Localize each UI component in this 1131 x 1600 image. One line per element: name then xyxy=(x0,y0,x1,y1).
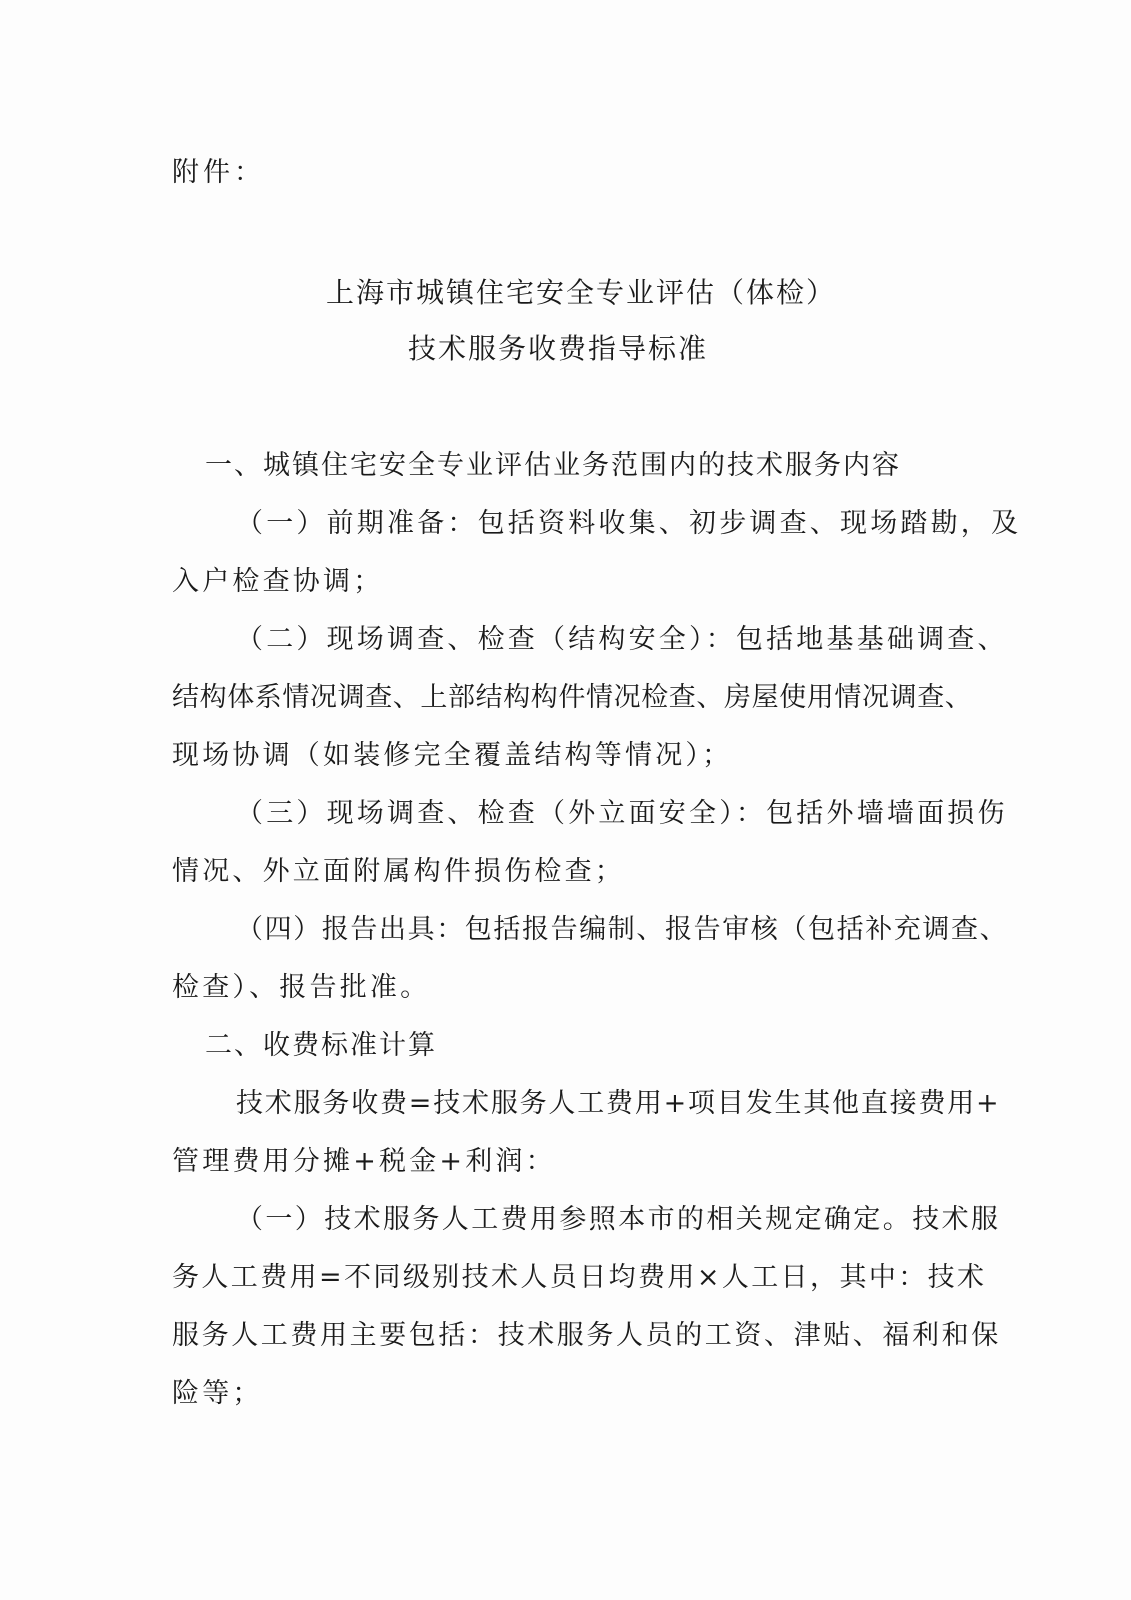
section1-line: （二）现场调查、检查（结构安全）：包括地基基础调查、 xyxy=(236,623,1008,657)
document-title-line1: 上海市城镇住宅安全专业评估（体检） xyxy=(326,276,836,310)
attachment-label: 附件： xyxy=(172,156,265,190)
section1-line: 结构体系情况调查、上部结构构件情况检查、房屋使用情况调查、 xyxy=(172,681,972,715)
section2-line: （一）技术服务人工费用参照本市的相关规定确定。技术服 xyxy=(236,1203,1000,1237)
document-title-line2: 技术服务收费指导标准 xyxy=(408,332,708,366)
section1-line: 现场协调（如装修完全覆盖结构等情况）； xyxy=(172,739,732,773)
section2-line: 务人工费用=不同级别技术人员日均费用×人工日，其中：技术 xyxy=(172,1261,986,1295)
section2-heading: 二、收费标准计算 xyxy=(205,1029,437,1063)
document-page: 附件： 上海市城镇住宅安全专业评估（体检） 技术服务收费指导标准 一、城镇住宅安… xyxy=(0,0,1131,1600)
section1-line: 入户检查协调； xyxy=(172,565,383,599)
section2-line: 管理费用分摊+税金+利润： xyxy=(172,1145,556,1179)
section1-heading: 一、城镇住宅安全专业评估业务范围内的技术服务内容 xyxy=(205,449,901,483)
section2-line: 技术服务收费=技术服务人工费用+项目发生其他直接费用+ xyxy=(236,1087,1000,1121)
section2-line: 险等； xyxy=(172,1377,263,1411)
section1-line: 检查）、报告批准。 xyxy=(172,971,430,1005)
section1-line: （四）报告出具：包括报告编制、报告审核（包括补充调查、 xyxy=(236,913,1008,947)
section1-line: 情况、外立面附属构件损伤检查； xyxy=(172,855,625,889)
section1-line: （三）现场调查、检查（外立面安全）：包括外墙墙面损伤 xyxy=(236,797,1008,831)
section2-line: 服务人工费用主要包括：技术服务人员的工资、津贴、福利和保 xyxy=(172,1319,1001,1353)
section1-line: （一）前期准备：包括资料收集、初步调查、现场踏勘，及 xyxy=(236,507,1021,541)
